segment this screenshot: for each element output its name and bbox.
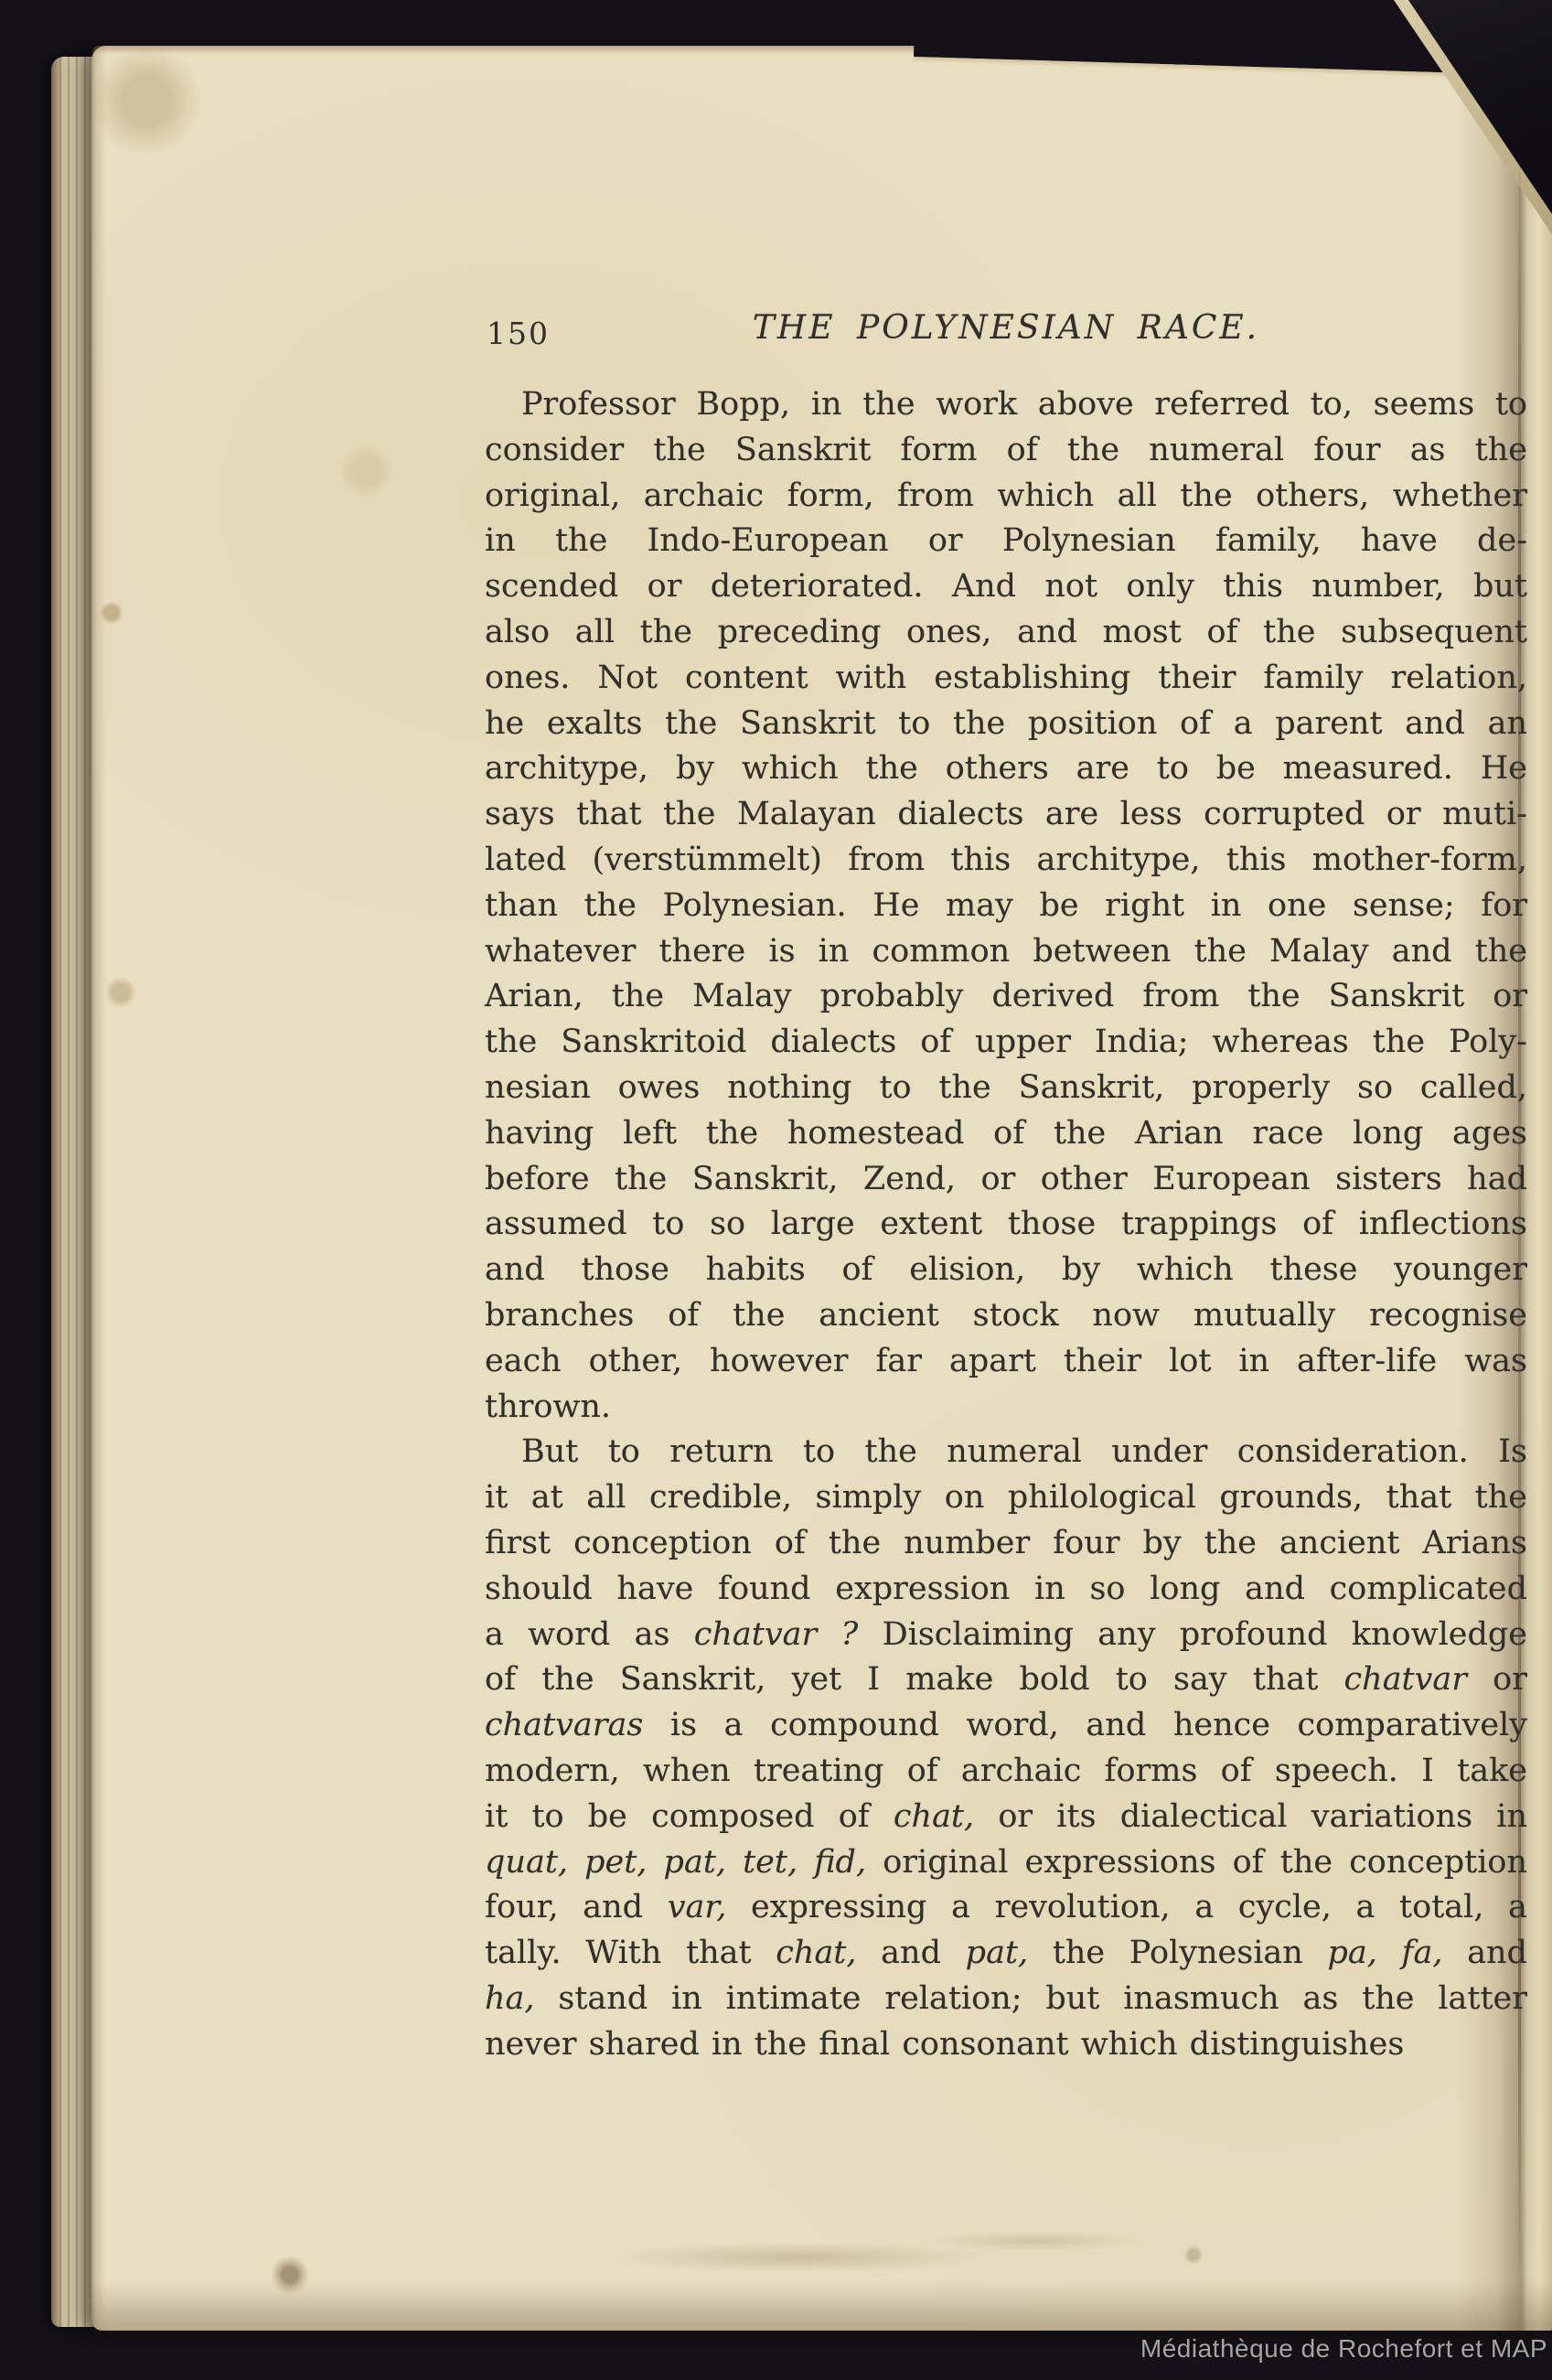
text-line: each other, however far apart their lot …: [485, 1339, 1527, 1385]
text-line: original, archaic form, from which all t…: [485, 474, 1527, 520]
text-segment: and: [1443, 1935, 1528, 1971]
text-line: the Sanskritoid dialects of upper India;…: [485, 1020, 1527, 1066]
text-line: it to be composed of chat, or its dialec…: [485, 1795, 1527, 1840]
text-line: says that the Malayan dialects are less …: [485, 792, 1527, 838]
paragraph: Professor Bopp, in the work above referr…: [485, 382, 1527, 1430]
text-line: architype, by which the others are to be…: [485, 746, 1527, 792]
text-line: and those habits of elision, by which th…: [485, 1248, 1527, 1293]
text-segment: But to return to the numeral under consi…: [521, 1433, 1527, 1470]
text-line: nesian owes nothing to the Sanskrit, pro…: [485, 1066, 1527, 1111]
text-segment: it at all credible, simply on philologic…: [485, 1479, 1527, 1516]
text-segment: and: [857, 1935, 966, 1971]
paragraph: But to return to the numeral under consi…: [485, 1430, 1527, 2067]
library-watermark: Médiathèque de Rochefort et MAP: [1140, 2334, 1547, 2364]
text-line: a word as chatvar ? Disclaiming any prof…: [485, 1613, 1527, 1658]
text-segment: scended or deteriorated. And not only th…: [485, 568, 1527, 605]
page-header: 150 THE POLYNESIAN RACE.: [485, 309, 1527, 351]
text-line: also all the preceding ones, and most of…: [485, 610, 1527, 656]
text-line: he exalts the Sanskrit to the position o…: [485, 702, 1527, 747]
text-line: ha, stand in intimate relation; but inas…: [485, 1977, 1527, 2022]
text-line: never shared in the final consonant whic…: [485, 2022, 1527, 2068]
text-segment: assumed to so large extent those trappin…: [485, 1206, 1527, 1242]
book-page: 150 THE POLYNESIAN RACE. Professor Bopp,…: [91, 46, 1552, 2331]
text-segment: and those habits of elision, by which th…: [485, 1251, 1527, 1288]
gutter-crease: [1518, 110, 1521, 2287]
italic-text-segment: quat, pet, pat, tet, fid,: [485, 1844, 866, 1881]
italic-text-segment: chatvaras: [485, 1707, 643, 1743]
text-segment: nesian owes nothing to the Sanskrit, pro…: [485, 1069, 1527, 1106]
text-line: quat, pet, pat, tet, fid, original expre…: [485, 1840, 1527, 1886]
text-segment: original, archaic form, from which all t…: [485, 477, 1527, 514]
text-segment: four, and: [485, 1889, 668, 1925]
text-line: tally. With that chat, and pat, the Poly…: [485, 1931, 1527, 1977]
text-segment: each other, however far apart their lot …: [485, 1343, 1527, 1379]
text-segment: says that the Malayan dialects are less …: [485, 796, 1527, 832]
text-line: first conception of the number four by t…: [485, 1521, 1527, 1567]
text-line: before the Sanskrit, Zend, or other Euro…: [485, 1157, 1527, 1203]
text-segment: stand in intimate relation; but inasmuch…: [535, 1980, 1527, 2017]
text-line: thrown.: [485, 1385, 1527, 1431]
text-segment: is a compound word, and hence comparativ…: [643, 1707, 1527, 1743]
text-segment: he exalts the Sanskrit to the position o…: [485, 705, 1527, 742]
text-segment: thrown.: [485, 1388, 611, 1425]
italic-text-segment: chatvar: [1344, 1661, 1467, 1698]
text-line: whatever there is in common between the …: [485, 929, 1527, 975]
text-segment: Arian, the Malay probably derived from t…: [485, 978, 1527, 1014]
text-segment: expressing a revolution, a cycle, a tota…: [726, 1889, 1527, 1925]
text-segment: never shared in the final consonant whic…: [485, 2026, 1404, 2063]
text-segment: also all the preceding ones, and most of…: [485, 614, 1527, 650]
text-line: Arian, the Malay probably derived from t…: [485, 974, 1527, 1020]
text-segment: branches of the ancient stock now mutual…: [485, 1297, 1527, 1334]
text-segment: Professor Bopp, in the work above referr…: [521, 386, 1527, 423]
text-segment: of the Sanskrit, yet I make bold to say …: [485, 1661, 1344, 1698]
text-segment: architype, by which the others are to be…: [485, 750, 1527, 787]
text-line: lated (verstümmelt) from this architype,…: [485, 838, 1527, 884]
text-line: it at all credible, simply on philologic…: [485, 1475, 1527, 1521]
text-segment: ones. Not content with establishing thei…: [485, 659, 1527, 696]
text-line: having left the homestead of the Arian r…: [485, 1111, 1527, 1157]
text-segment: before the Sanskrit, Zend, or other Euro…: [485, 1161, 1527, 1197]
italic-text-segment: chat,: [894, 1798, 974, 1835]
text-segment: lated (verstümmelt) from this architype,…: [485, 842, 1527, 878]
running-title: THE POLYNESIAN RACE.: [485, 309, 1527, 347]
page-body: Professor Bopp, in the work above referr…: [485, 382, 1527, 2067]
text-segment: tally. With that: [485, 1935, 776, 1971]
text-line: chatvaras is a compound word, and hence …: [485, 1703, 1527, 1749]
text-line: ones. Not content with establishing thei…: [485, 656, 1527, 702]
text-segment: modern, when treating of archaic forms o…: [485, 1753, 1527, 1789]
text-segment: it to be composed of: [485, 1798, 894, 1835]
text-segment: having left the homestead of the Arian r…: [485, 1115, 1527, 1152]
photo-backdrop: 150 THE POLYNESIAN RACE. Professor Bopp,…: [0, 0, 1552, 2380]
text-segment: the Sanskritoid dialects of upper India;…: [485, 1024, 1527, 1060]
text-line: of the Sanskrit, yet I make bold to say …: [485, 1657, 1527, 1703]
text-line: assumed to so large extent those trappin…: [485, 1202, 1527, 1248]
italic-text-segment: pat,: [966, 1935, 1028, 1971]
text-segment: original expressions of the conception: [866, 1844, 1527, 1881]
italic-text-segment: chat,: [776, 1935, 856, 1971]
text-line: But to return to the numeral under consi…: [485, 1430, 1527, 1475]
text-line: should have found expression in so long …: [485, 1567, 1527, 1613]
text-segment: first conception of the number four by t…: [485, 1525, 1527, 1561]
text-line: consider the Sanskrit form of the numera…: [485, 428, 1527, 474]
text-line: than the Polynesian. He may be right in …: [485, 884, 1527, 929]
text-segment: whatever there is in common between the …: [485, 933, 1527, 970]
italic-text-segment: ha,: [485, 1980, 535, 2017]
italic-text-segment: var,: [668, 1889, 727, 1925]
text-line: branches of the ancient stock now mutual…: [485, 1293, 1527, 1339]
text-segment: or its dialectical variations in: [974, 1798, 1527, 1835]
text-line: in the Indo-European or Polynesian famil…: [485, 519, 1527, 564]
text-segment: the Polynesian: [1028, 1935, 1327, 1971]
text-segment: Disclaiming any profound knowledge: [858, 1616, 1527, 1653]
text-segment: than the Polynesian. He may be right in …: [485, 887, 1527, 924]
text-segment: consider the Sanskrit form of the numera…: [485, 432, 1527, 468]
text-segment: should have found expression in so long …: [485, 1571, 1527, 1607]
text-line: scended or deteriorated. And not only th…: [485, 564, 1527, 610]
text-line: four, and var, expressing a revolution, …: [485, 1885, 1527, 1931]
text-line: Professor Bopp, in the work above referr…: [485, 382, 1527, 428]
page-number: 150: [487, 316, 550, 351]
text-segment: a word as: [485, 1616, 694, 1653]
italic-text-segment: chatvar ?: [694, 1616, 859, 1653]
italic-text-segment: pa, fa,: [1327, 1935, 1442, 1971]
text-segment: in the Indo-European or Polynesian famil…: [485, 522, 1527, 559]
text-line: modern, when treating of archaic forms o…: [485, 1749, 1527, 1795]
